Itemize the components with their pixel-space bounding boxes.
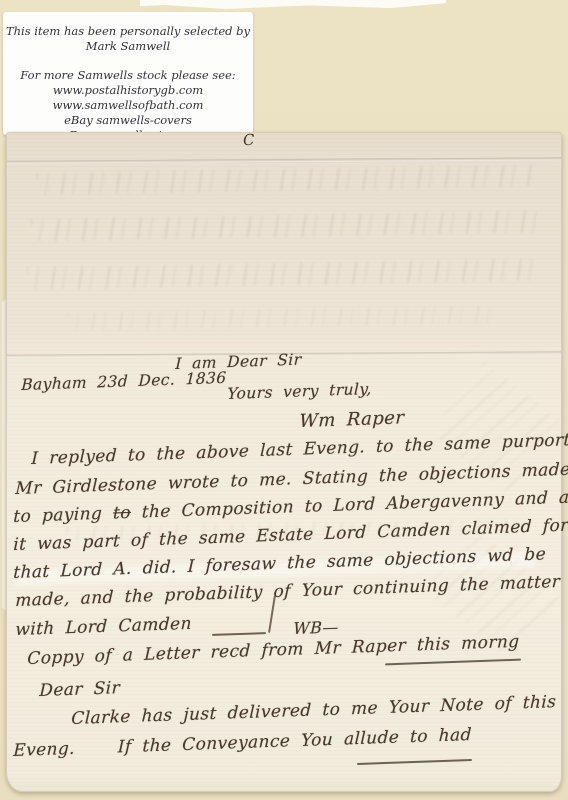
backing-paper-edge-top [140,0,446,9]
valediction: Yours very truly, [227,380,372,403]
label-ebay-1: eBay samwells-covers [3,113,253,128]
fold-crease-top [7,157,561,163]
copy-line-1: Clarke has just delivered to me Your Not… [71,692,557,729]
letter-sheet: C I am Dear Sir Bayham 23d Dec. 1836 You… [6,132,562,792]
ink-corner-mark: C [242,131,255,150]
bleedthrough-row [27,259,542,290]
label-website-2: www.samwellsofbath.com [3,98,253,113]
label-seller-name: Mark Samwell [3,39,253,54]
label-selected-by: This item has been personally selected b… [3,24,253,39]
copy-salutation: Dear Sir [39,678,120,701]
bleedthrough-row [31,211,543,242]
dateline: Bayham 23d Dec. 1836 [21,369,227,394]
ink-dash [212,632,266,635]
ink-dash [357,759,472,765]
copy-line-2: Eveng. If the Conveyance You allude to h… [13,725,472,761]
ink-dash [385,659,521,665]
copy-line-2a: Eveng. [13,739,75,761]
photo-of-letter: This item has been personally selected b… [0,0,568,800]
body-line-3a: to paying [13,504,103,527]
label-stock-intro: For more Samwells stock please see: [3,68,253,83]
struck-word: to [113,503,132,524]
label-website-1: www.postalhistorygb.com [3,83,253,98]
initials-wb: WB— [293,617,339,638]
body-line-7: with Lord Camden [15,614,192,640]
bleedthrough-row [67,305,497,331]
copy-heading: Coppy of a Letter recd from Mr Raper thi… [27,632,520,669]
signature: Wm Raper [299,407,405,432]
copy-line-2b: If the Conveyance You allude to had [117,725,472,757]
bleedthrough-row [37,165,537,196]
seller-label: This item has been personally selected b… [3,12,253,135]
